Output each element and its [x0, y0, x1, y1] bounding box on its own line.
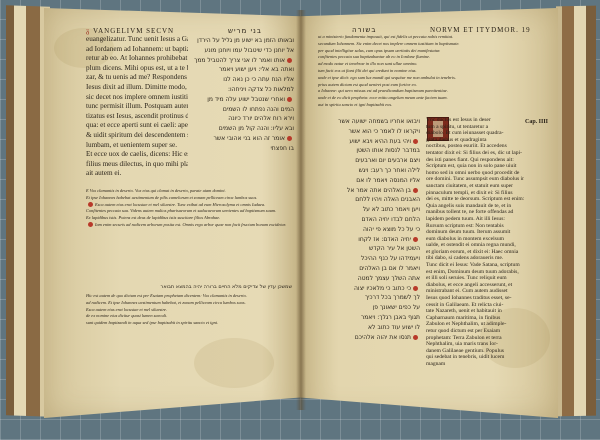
text-line: Et ecce uox de caelis, dicens: Hic est: [86, 150, 188, 160]
text-line: retur quod dictum est per Esaiam: [426, 328, 524, 335]
text-line: sanctam ciuitatem, et statuit eum super: [426, 183, 524, 190]
text-line: tate Nazareth, uenit et habitauit in: [426, 308, 524, 315]
text-line: de ex nomine eius dicitur quasi lumen sa…: [86, 313, 294, 320]
right-page-edges: [556, 6, 596, 417]
text-line: noctibus, postea esuriit. Et accedens: [426, 143, 524, 150]
text-line: Ex lapidibus istis. Potens est deus de l…: [86, 215, 294, 222]
rubric-mark: [413, 286, 418, 291]
text-line: לו ישוע עוד כתוב לא: [312, 323, 420, 333]
text-line: ad modo natur et tenebrae in illo non su…: [318, 61, 544, 68]
text-line: sic decet nos implere omnem iustitiam.: [86, 93, 188, 103]
text-line: Zabulon et Nephthalim, ut adimple-: [426, 321, 524, 328]
rubric-mark: [413, 237, 418, 242]
text-line: ויהי בעת ההיא ויבא ישוע: [312, 137, 420, 147]
text-line: ore domini. Tunc assumpsit eum diabolus …: [426, 176, 524, 183]
text-line: qui sedebat in tenebris, uidit lucem: [426, 354, 524, 361]
text-line: Quia angelis suis mandauit de te, et in: [426, 203, 524, 210]
text-line: prius autem dictum est quod ueniret post…: [318, 82, 544, 89]
text-line: ויעמידהו על כנף ההיכל: [312, 254, 420, 264]
text-line: Tunc dicit ei Iesus: Vade Satana, script…: [426, 262, 524, 269]
text-line: Et ipse Iohannes habebat uestimentum de …: [86, 195, 294, 202]
text-line: tibi dabo, si cadens adoraueris me.: [426, 255, 524, 262]
text-line: Confitentes peccata sua. Videns autem mu…: [86, 208, 294, 215]
rubric-mark: [413, 139, 418, 144]
left-hebrew-column: ובאותו הזמן בא ישוע מן גליל על הירדןאל י…: [190, 36, 294, 156]
text-line: E Vox clamantis in deserto. Vox eius qui…: [86, 188, 294, 195]
left-bottom-gloss: Hic est autem de quo dictum est per Esai…: [86, 293, 294, 357]
text-line: dei es, mitte te deorsum. Scriptum est e…: [426, 196, 524, 203]
text-line: confitentes peccata sua baptizabantur ab…: [318, 54, 544, 61]
text-line: אתה השלך עצמך למטה: [312, 274, 420, 284]
text-line: לילה ואחר כך רעב: ויגש: [312, 166, 420, 176]
text-line: prophetam: Terra Zabulon et terra: [426, 335, 524, 342]
text-line: eum diabolus in montem excelsum: [426, 236, 524, 243]
rubric-mark: [88, 222, 93, 227]
text-line: האבנים האלה ויהיו ללחם: [312, 195, 420, 205]
text-line: Hic est autem de quo dictum est per Esai…: [86, 293, 294, 300]
text-line: ut a ministerio fundamenta imposuit, qui…: [318, 34, 544, 41]
text-line: sunt quidem baptizandi in aqua sed ipse …: [86, 320, 294, 327]
text-line: ובאותו הזמן בא ישוע מן גליל על הירדן: [190, 36, 294, 46]
text-line: ad radicem. Et ipse Iohannes uestimentum…: [86, 300, 294, 307]
right-top-gloss: ut a ministerio fundamenta imposuit, qui…: [318, 34, 544, 110]
text-line: et illi soli seruies. Tunc reliquit eum: [426, 275, 524, 282]
right-folio: 19: [522, 26, 531, 34]
text-line: תנסו את יהוה אלהיכם: [312, 333, 420, 343]
text-line: lapidem pedem tuum. Ait illi Iesus:: [426, 216, 524, 223]
text-line: אומר זה הוא בני אהובי אשר: [190, 134, 294, 144]
text-line: des isti panes fiant. Qui respondens ait…: [426, 157, 524, 164]
text-line: ויען ויאמר כתוב לא על: [312, 205, 420, 215]
text-line: homo sed in omni uerbo quod procedit de: [426, 170, 524, 177]
rubric-mark: [287, 97, 292, 102]
text-line: Nephthalim, uia maris trans Ior-: [426, 341, 524, 348]
text-line: zar, & tu uenis ad me? Respondens autem: [86, 73, 188, 83]
text-line: retur ab eo. At Iohannes prohibebat i-: [86, 54, 188, 64]
text-line: ואחרי שנטבל ישוע עלה מיד מן: [190, 95, 294, 105]
text-line: אותו ואמר לו אני צריך להטביל ממך: [190, 56, 294, 66]
text-line: manibus tollent te, ne forte offendas ad: [426, 209, 524, 216]
text-line: לך לשמרך בכל דרכיך: [312, 293, 420, 303]
text-line: aut in spiritu sancto et igni baptizabit…: [318, 102, 544, 109]
text-line: danem Galilaeae gentium. Populus: [426, 348, 524, 355]
text-line: המים והנה נפתחו לו השמים: [190, 105, 294, 115]
text-line: ualde, et ostendit ei omnia regna mundi,: [426, 242, 524, 249]
text-line: Iam enim securis ad radicem arborum posi…: [86, 222, 294, 229]
text-line: Rursum scriptum est: Non tentabis: [426, 223, 524, 230]
text-line: כי על כל מוצא פי יהוה: [312, 225, 420, 235]
left-folio: ᵹ: [86, 27, 90, 35]
left-page-edges: [6, 5, 50, 417]
text-line: dominum deum tuum. Iterum assumit: [426, 229, 524, 236]
rubric-mark: [287, 58, 292, 63]
text-line: unde et ipse dicit: ego sum lux mundi qu…: [318, 75, 544, 82]
text-line: diabolus, et ecce angeli accesserunt, et: [426, 282, 524, 289]
text-line: ובא עליו: והנה קול מן השמים: [190, 124, 294, 134]
text-line: ויבואו אחריו בשמחה ישועה אשר: [312, 117, 420, 127]
text-line: euangelizatur. Tunc uenit Iesus a Galile…: [86, 35, 188, 45]
text-line: ad Iordanem ad Iohannem: ut baptiza-: [86, 45, 188, 55]
text-line: filius meus dilectus, in quo mihi placui…: [86, 160, 188, 170]
right-hebrew-head: בשורה: [352, 26, 376, 34]
open-book: ᵹ VANGELIVM SECVN בני מריש euangelizatur…: [0, 0, 600, 440]
text-line: אל יוחנן כדי שיטבול עמו ויוחנן מונע: [190, 46, 294, 56]
left-hebrew-head: בני מריש: [228, 27, 262, 35]
text-line: בו חפצתי: [190, 144, 294, 154]
text-line: בן האלהים אתה אמר אל: [312, 186, 420, 196]
text-line: diabolo. Et cum ieiunasset quadra-: [426, 130, 524, 137]
text-line: pinnaculum templi, et dixit ei: Si filiu…: [426, 190, 524, 197]
text-line: Vnc ductus est Iesus in deser: [426, 117, 524, 124]
right-hebrew-column: ויבואו אחריו בשמחה ישועה אשרויקראו לו לא…: [312, 117, 420, 389]
text-line: למלאות כל צדקה ויניחהו:: [190, 85, 294, 95]
text-line: tum a spiritu, ut tentaretur a: [426, 124, 524, 131]
text-line: ויצם ארבעים יום וארבעים: [312, 156, 420, 166]
text-line: tizatus est Iesus, ascendit protinus de …: [86, 112, 188, 122]
text-line: est enim, Dominum deum tuum adorabis,: [426, 269, 524, 276]
text-line: על כפים ישאונך פן: [312, 303, 420, 313]
text-line: Iesus quod Iohannes traditus esset, se-: [426, 295, 524, 302]
text-line: secundum Iohannem. Sic enim decet nos im…: [318, 41, 544, 48]
left-latin-column: euangelizatur. Tunc uenit Iesus a Galile…: [86, 35, 188, 185]
text-line: a Iohanne: qui uero missus est ad praedi…: [318, 88, 544, 95]
left-hebrew-footer: שמשכן עדין של צדיקים מלא החיים ברורה יהי…: [86, 283, 292, 293]
text-line: ait autem ei.: [86, 169, 188, 179]
book-gutter: [296, 10, 306, 410]
text-line: ואתה בא אלי: ויען ישוע ויאמר: [190, 65, 294, 75]
text-line: ginta diebus et quadraginta: [426, 137, 524, 144]
text-line: יחיה האדם: אז לקחו: [312, 235, 420, 245]
text-line: magnam: [426, 361, 524, 367]
text-line: & uidit spiritum dei descendentem sicut …: [86, 131, 188, 141]
text-line: Iesus dixit ad illum. Dimitte modo, quia: [86, 83, 188, 93]
rubric-mark: [413, 188, 418, 193]
text-line: תגוף באבן רגלך: ויאמר: [312, 313, 420, 323]
text-line: Esca autem eius erat locustae et mel sil…: [86, 202, 294, 209]
text-line: Esca autem eius erat locustae et mel sil…: [86, 307, 294, 314]
text-line: הלחם לבדו יחיה האדם: [312, 215, 420, 225]
text-line: וירא רוח אלהים יורד כיונה: [190, 114, 294, 124]
text-line: אליו הנח עתה כי כן נאה לנו: [190, 75, 294, 85]
rubric-mark: [88, 202, 93, 207]
left-running-head: ᵹ VANGELIVM SECVN: [86, 27, 174, 35]
text-line: אליו המנסה ויאמר לו אם: [312, 176, 420, 186]
text-line: במדבר לנסות אותו השטן: [312, 146, 420, 156]
text-line: tentator dixit ei: Si filius dei es, dic…: [426, 150, 524, 157]
text-line: Scriptum est, quia non in solo pane uiui…: [426, 163, 524, 170]
text-line: plum dicens. Mihi opus est, ut a te bapt…: [86, 64, 188, 74]
text-line: unde et de eo dicit propheta: ecce mitto…: [318, 95, 544, 102]
text-line: Capharnaum maritima, in finibus: [426, 315, 524, 322]
text-line: cessit in Galilaeam. Et relicta ciui-: [426, 302, 524, 309]
chapter-label: Cap. IIII: [525, 119, 548, 125]
left-gloss-block: E Vox clamantis in deserto. Vox eius qui…: [86, 188, 294, 280]
text-line: ויקראו לו לאמר כי הוא אשר: [312, 127, 420, 137]
text-line: lumbam, et uenientem super se.: [86, 141, 188, 151]
rubric-mark: [413, 335, 418, 340]
text-line: ministrabant ei. Cum autem audisset: [426, 288, 524, 295]
text-line: et gloriam eorum, et dixit ei: Haec omni…: [426, 249, 524, 256]
text-line: כי כתוב כי מלאכיו יצוה: [312, 284, 420, 294]
right-running-head: NORVM ET ITYDMOR. 19: [430, 26, 531, 34]
text-line: tunc permisit illum. Postquam autem bap-: [86, 102, 188, 112]
text-line: qua: et ecce aperti sunt ei caeli: apert…: [86, 121, 188, 131]
text-line: tum facit eos ut fiant filii dei qui cre…: [318, 68, 544, 75]
text-line: השטן אל עיר הקדש: [312, 244, 420, 254]
text-line: ויאמר לו אם בן האלהים: [312, 264, 420, 274]
text-line: per quod intelligitur salus, cum opus ip…: [318, 48, 544, 55]
right-latin-column: Vnc ductus est Iesus in desertum a spiri…: [426, 117, 524, 367]
rubric-mark: [287, 136, 292, 141]
